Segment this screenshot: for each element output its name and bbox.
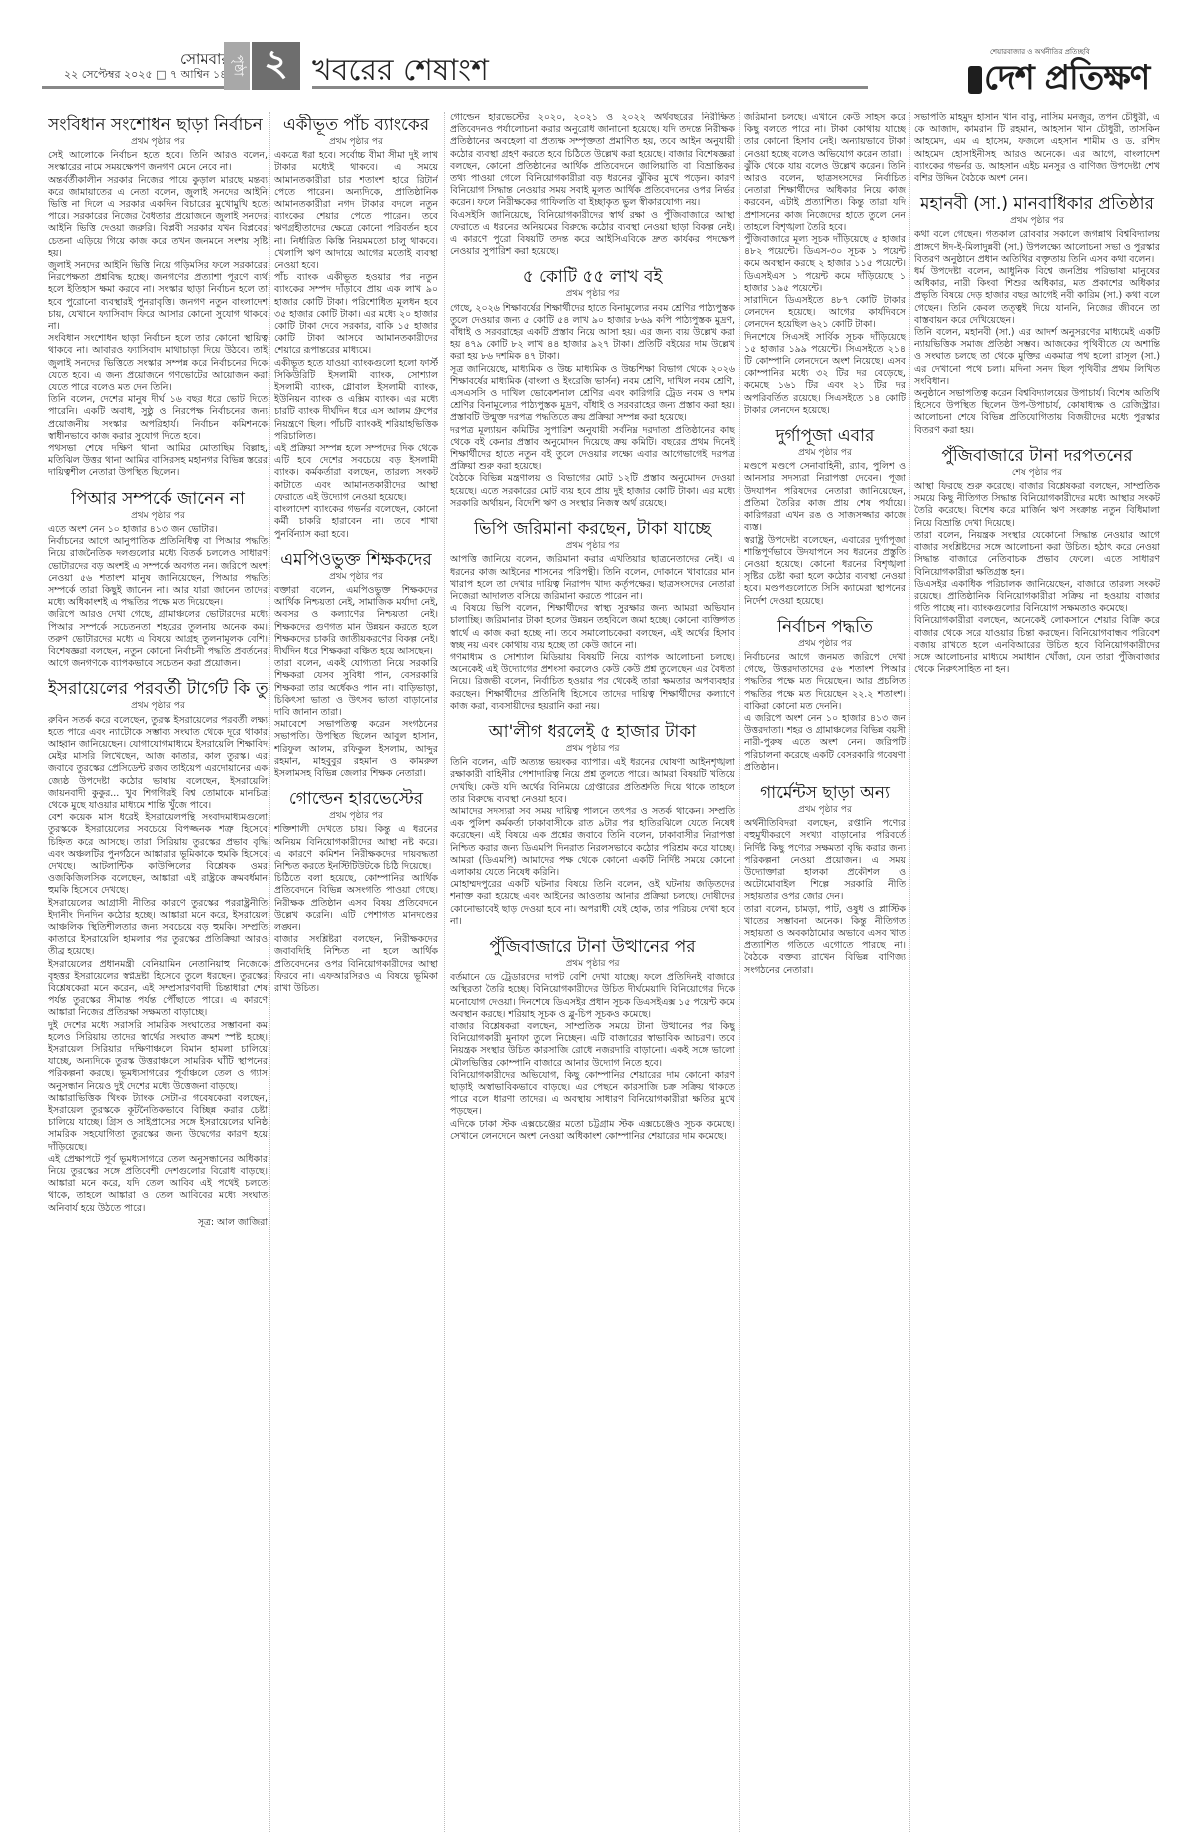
article: ভিপি জরিমানা করছেন, টাকা যাচ্ছেপ্রথম পৃষ… xyxy=(450,518,735,713)
continued-from-label: প্রথম পৃষ্ঠার পর xyxy=(744,804,906,816)
article-paragraph: সারাদিনে ডিএসইতে ৪৮৭ কোটি টাকার লেনদেন হ… xyxy=(744,295,906,332)
article-paragraph: এই প্রেক্ষাপটে পূর্ব ভূমধ্যসাগরে তেল অনু… xyxy=(48,1154,268,1215)
article-paragraph: তিনি বলেন, দেশের মানুষ দীর্ঘ ১৬ বছর ধরে … xyxy=(48,394,268,443)
article-paragraph: আপত্তি জানিয়ে বলেন, জরিমানা করার এখতিয়… xyxy=(450,554,735,603)
article-paragraph: এদিকে ঢাকা স্টক এক্সচেঞ্জের মতো চট্টগ্রা… xyxy=(450,1119,735,1143)
article-paragraph: অন্তর্বর্তীকালীন সরকার নিজের পায়ে কুড়া… xyxy=(48,175,268,260)
article: সংবিধান সংশোধন ছাড়া নির্বাচন হলেপ্রথম প… xyxy=(48,114,268,480)
article-paragraph: বেশ কয়েক মাস ধরেই ইসরায়েলপন্থি সংবাদমা… xyxy=(48,812,268,897)
article-headline[interactable]: গার্মেন্টস ছাড়া অন্য xyxy=(744,782,906,804)
article-headline[interactable]: ইসরায়েলের পরবর্তী টার্গেট কি তুরস্ক? xyxy=(48,678,268,700)
continued-from-label: শেষ পৃষ্ঠার পর xyxy=(914,467,1160,479)
continued-from-label: প্রথম পৃষ্ঠার পর xyxy=(744,447,906,459)
logo-mark-icon xyxy=(968,66,982,94)
continued-from-label: প্রথম পৃষ্ঠার পর xyxy=(274,136,438,148)
article-headline[interactable]: গোল্ডেন হারভেস্টের xyxy=(274,788,438,810)
newspaper-name: দেশ প্রতিক্ষণ xyxy=(984,58,1149,98)
article-source: সূত্র: আল জাজিরা xyxy=(48,1217,268,1229)
article: মহানবী (সা.) মানবাধিকার প্রতিষ্ঠারপ্রথম … xyxy=(914,193,1160,437)
article-paragraph: পুঁজিবাজারে মূল্য সূচক দাঁড়িয়েছে ৫ হাজ… xyxy=(744,234,906,295)
article-paragraph: বর্তমানে ডে ট্রেডারদের দাপট বেশি দেখা যা… xyxy=(450,972,735,1021)
continued-from-label: প্রথম পৃষ্ঠার পর xyxy=(274,810,438,822)
article: জরিমানা চলছে। এখানে কেউ সাহস করে কিছু বল… xyxy=(744,112,906,417)
continued-from-label: প্রথম পৃষ্ঠার পর xyxy=(744,638,906,650)
article-headline[interactable]: দুর্গাপূজা এবার xyxy=(744,425,906,447)
article-headline[interactable]: সংবিধান সংশোধন ছাড়া নির্বাচন হলে xyxy=(48,114,268,136)
article-paragraph: সংবিধান সংশোধন ছাড়া নির্বাচন হলে তার কো… xyxy=(48,333,268,394)
article-paragraph: বাজার বিশ্লেষকরা বলছেন, সাম্প্রতিক সময়ে… xyxy=(450,1021,735,1070)
article-paragraph: রুবিন সতর্ক করে বলেছেন, তুরস্ক ইসরায়েলে… xyxy=(48,715,268,813)
article-paragraph: সমাবেশে সভাপতিত্ব করেন সংগঠনের সভাপতি। উ… xyxy=(274,719,438,780)
header-rule-left xyxy=(42,86,224,89)
article-paragraph: কথা বলে গেছেন। গতকাল রোববার সকালে জগন্না… xyxy=(914,229,1160,266)
article-paragraph: এই প্রক্রিয়া সম্পন্ন হলে সম্পদের দিক থে… xyxy=(274,443,438,504)
header-rule-right xyxy=(312,86,868,89)
article-paragraph: অনুষ্ঠানে সভাপতিত্ব করেন বিশ্ববিদ্যালয়ে… xyxy=(914,388,1160,437)
article-paragraph: বিনিয়োগকারীদের অভিযোগ, কিছু কোম্পানির শ… xyxy=(450,1070,735,1119)
article-paragraph: দিনশেষে সিএসই সার্বিক সূচক দাঁড়িয়েছে ১… xyxy=(744,332,906,417)
article-paragraph: এ বিষয়ে ভিপি বলেন, শিক্ষার্থীদের স্বাস্… xyxy=(450,603,735,652)
article-paragraph: গণমাধ্যম ও সোশ্যাল মিডিয়ায় বিষয়টি নিয… xyxy=(450,652,735,713)
article-paragraph: এ জরিপে অংশ নেন ১০ হাজার ৪১৩ জন উত্তরদাত… xyxy=(744,713,906,774)
article: ৫ কোটি ৫৫ লাখ বইপ্রথম পৃষ্ঠার পরগেছে, ২০… xyxy=(450,266,735,510)
article-paragraph: তিনি বলেন, এটি অত্যন্ত ভয়ংকর ব্যাপার। এ… xyxy=(450,757,735,806)
article: পুঁজিবাজারে টানা দরপতনেরশেষ পৃষ্ঠার পরআস… xyxy=(914,445,1160,676)
article-paragraph: ধর্ম উপদেষ্টা বলেন, আধুনিক বিশ্বে জনপ্রি… xyxy=(914,266,1160,327)
article: একীভূত পাঁচ ব্যাংকেরপ্রথম পৃষ্ঠার পরএকত্… xyxy=(274,114,438,541)
continued-from-label: প্রথম পৃষ্ঠার পর xyxy=(450,540,735,552)
article-paragraph: বক্তারা বলেন, এমপিওভুক্ত শিক্ষকদের আর্থি… xyxy=(274,585,438,658)
article-paragraph: তারা বলেন, নিয়ন্ত্রক সংস্থার যেকোনো সিদ… xyxy=(914,530,1160,579)
column-divider xyxy=(444,112,445,1832)
continued-from-label: প্রথম পৃষ্ঠার পর xyxy=(274,571,438,583)
column-5: সভাপতি মাহমুদ হাসান খান বাবু, নাসিম মনজু… xyxy=(914,112,1160,1832)
article: পুঁজিবাজারে টানা উত্থানের পরপ্রথম পৃষ্ঠা… xyxy=(450,936,735,1143)
article-paragraph: নির্বাচনের আগে আনুপাতিক প্রতিনিধিত্ব বা … xyxy=(48,536,268,609)
article-headline[interactable]: এমপিওভুক্ত শিক্ষকদের xyxy=(274,549,438,571)
article: সভাপতি মাহমুদ হাসান খান বাবু, নাসিম মনজু… xyxy=(914,112,1160,185)
article-headline[interactable]: আ'লীগ ধরলেই ৫ হাজার টাকা xyxy=(450,721,735,743)
continued-from-label: প্রথম পৃষ্ঠার পর xyxy=(48,700,268,712)
article-paragraph: একীভূত হতে যাওয়া ব্যাংকগুলো হলো ফার্স্ট… xyxy=(274,358,438,443)
continued-from-label: প্রথম পৃষ্ঠার পর xyxy=(48,510,268,522)
article-paragraph: সূত্র জানিয়েছে, মাধ্যমিক ও উচ্চ মাধ্যমি… xyxy=(450,364,735,425)
article-paragraph: বিনিয়োগকারীরা বলছেন, অনেকেই লোকসানে শেয… xyxy=(914,615,1160,676)
column-divider xyxy=(739,112,740,1832)
article-paragraph: মোহাম্মদপুরের একটি ঘটনার বিষয়ে তিনি বলে… xyxy=(450,879,735,928)
article: গার্মেন্টস ছাড়া অন্যপ্রথম পৃষ্ঠার পরঅর্… xyxy=(744,782,906,977)
continued-from-label: প্রথম পৃষ্ঠার পর xyxy=(450,958,735,970)
article-paragraph: গেছে, ২০২৬ শিক্ষাবর্ষের শিক্ষার্থীদের হা… xyxy=(450,303,735,364)
article-paragraph: এতে অংশ নেন ১০ হাজার ৪১৩ জন ভোটার। xyxy=(48,524,268,536)
column-4: জরিমানা চলছে। এখানে কেউ সাহস করে কিছু বল… xyxy=(744,112,906,1832)
article-paragraph: তারা বলেন, চামড়া, পাট, ওষুধ ও প্লাস্টিক… xyxy=(744,904,906,977)
article-headline[interactable]: ভিপি জরিমানা করছেন, টাকা যাচ্ছে xyxy=(450,518,735,540)
article-paragraph: সভাপতি মাহমুদ হাসান খান বাবু, নাসিম মনজু… xyxy=(914,112,1160,185)
article-paragraph: আমাদের সদস্যরা সব সময় দায়িত্ব পালনে তৎ… xyxy=(450,806,735,879)
page-label: পৃষ্ঠা xyxy=(224,42,250,90)
article-paragraph: আস্থা ফিরছে শুরু করেছে। বাজার বিশ্লেষকরা… xyxy=(914,481,1160,530)
article-paragraph: ঝুঁকি থেকে যায় বলেও উল্লেখ করেন। তিনি আ… xyxy=(744,161,906,234)
column-3: গোল্ডেন হারভেস্টের ২০২০, ২০২১ ও ২০২২ অর্… xyxy=(450,112,735,1832)
article-paragraph: ইসরায়েলের প্রধানমন্ত্রী বেনিয়ামিন নেতা… xyxy=(48,959,268,1020)
page-header: সোমবার ২২ সেপ্টেম্বর ২০২৫ □ ৭ আশ্বিন ১৪৩… xyxy=(40,40,1160,110)
article-paragraph: অর্থনীতিবিদরা বলছেন, রপ্তানি পণ্যের বহুম… xyxy=(744,818,906,903)
issue-date: ২২ সেপ্টেম্বর ২০২৫ □ ৭ আশ্বিন ১৪৩২ xyxy=(64,66,242,85)
article-paragraph: ইসরায়েলের আগ্রাসী নীতির কারণে তুরস্কের … xyxy=(48,898,268,959)
article-paragraph: বাংলাদেশ ব্যাংকের গভর্নর বলেছেন, কোনো কর… xyxy=(274,504,438,541)
article-paragraph: তারা বলেন, একই যোগ্যতা নিয়ে সরকারি শিক্… xyxy=(274,658,438,719)
page-number: ২ xyxy=(252,42,300,90)
article: আ'লীগ ধরলেই ৫ হাজার টাকাপ্রথম পৃষ্ঠার পর… xyxy=(450,721,735,928)
article-paragraph: চিঠিতে বলা হয়েছে, কোম্পানির আর্থিক প্রত… xyxy=(274,873,438,934)
article-paragraph: আঙ্কারাভিত্তিক থিংক ট্যাংক সেটা-র গবেষকে… xyxy=(48,1093,268,1154)
continued-from-label: প্রথম পৃষ্ঠার পর xyxy=(48,136,268,148)
article-headline[interactable]: ৫ কোটি ৫৫ লাখ বই xyxy=(450,266,735,288)
article-paragraph: জুলাই সনদের আইনি ভিত্তি নিয়ে গড়িমসির ফ… xyxy=(48,260,268,333)
article-paragraph: নির্বাচনের আগে জনমত জরিপে দেখা গেছে, উত্… xyxy=(744,652,906,713)
article: এমপিওভুক্ত শিক্ষকদেরপ্রথম পৃষ্ঠার পরবক্ত… xyxy=(274,549,438,780)
article-paragraph: স্বরাষ্ট্র উপদেষ্টা বলেছেন, এবারের দুর্গ… xyxy=(744,535,906,608)
article-paragraph: গোল্ডেন হারভেস্টের ২০২০, ২০২১ ও ২০২২ অর্… xyxy=(450,112,735,210)
article: নির্বাচন পদ্ধতিপ্রথম পৃষ্ঠার পরনির্বাচনে… xyxy=(744,616,906,774)
newspaper-page: সোমবার ২২ সেপ্টেম্বর ২০২৫ □ ৭ আশ্বিন ১৪৩… xyxy=(40,0,1160,1843)
article-paragraph: ডিএসইর একাধিক পরিচালক জানিয়েছেন, বাজারে… xyxy=(914,579,1160,616)
continued-from-label: প্রথম পৃষ্ঠার পর xyxy=(914,215,1160,227)
article-paragraph: মণ্ডপে মণ্ডপে সেনাবাহিনী, র‍্যাব, পুলিশ … xyxy=(744,461,906,534)
column-2: একীভূত পাঁচ ব্যাংকেরপ্রথম পৃষ্ঠার পরএকত্… xyxy=(274,112,438,1832)
continued-from-label: প্রথম পৃষ্ঠার পর xyxy=(450,743,735,755)
article-headline[interactable]: পুঁজিবাজারে টানা দরপতনের xyxy=(914,445,1160,467)
article-paragraph: পথসভা শেষে দক্ষিণ থানা আমির মোতাছিম বিল্… xyxy=(48,443,268,480)
article-paragraph: জরিমানা চলছে। এখানে কেউ সাহস করে কিছু বল… xyxy=(744,112,906,161)
article-paragraph: একত্রে ধরা হবে। সর্বোচ্চ বীমা সীমা দুই ল… xyxy=(274,150,438,272)
article-paragraph: শক্তিশালী দেখতে চায়। কিন্তু এ ধরনের অনি… xyxy=(274,824,438,873)
column-divider xyxy=(269,112,270,1832)
article-paragraph: জরিপে আরও দেখা গেছে, গ্রামাঞ্চলের ভোটারদ… xyxy=(48,609,268,670)
column-1: সংবিধান সংশোধন ছাড়া নির্বাচন হলেপ্রথম প… xyxy=(48,112,268,1832)
article-headline[interactable]: মহানবী (সা.) মানবাধিকার প্রতিষ্ঠার xyxy=(914,193,1160,215)
article: ইসরায়েলের পরবর্তী টার্গেট কি তুরস্ক?প্র… xyxy=(48,678,268,1229)
article: গোল্ডেন হারভেস্টের ২০২০, ২০২১ ও ২০২২ অর্… xyxy=(450,112,735,258)
article-paragraph: দরপত্র মূল্যায়ন কমিটির সুপারিশ অনুযায়ী… xyxy=(450,425,735,474)
article-paragraph: বিএসইসি জানিয়েছে, বিনিয়োগকারীদের স্বার… xyxy=(450,210,735,259)
article-paragraph: দুই দেশের মধ্যে সরাসরি সামরিক সংঘাতের সম… xyxy=(48,1020,268,1093)
article-paragraph: সেই আলোকে নির্বাচন হতে হবে। তিনি আরও বলে… xyxy=(48,150,268,174)
article-headline[interactable]: নির্বাচন পদ্ধতি xyxy=(744,616,906,638)
section-title: খবরের শেষাংশ xyxy=(312,46,489,97)
article: দুর্গাপূজা এবারপ্রথম পৃষ্ঠার পরমণ্ডপে মণ… xyxy=(744,425,906,608)
article-headline[interactable]: একীভূত পাঁচ ব্যাংকের xyxy=(274,114,438,136)
column-divider xyxy=(909,112,910,1832)
continued-from-label: প্রথম পৃষ্ঠার পর xyxy=(450,288,735,300)
article-headline[interactable]: পুঁজিবাজারে টানা উত্থানের পর xyxy=(450,936,735,958)
article-paragraph: বাজার সংশ্লিষ্টরা বলছেন, নিরীক্ষকদের জবা… xyxy=(274,934,438,995)
article-headline[interactable]: পিআর সম্পর্কে জানেন না xyxy=(48,488,268,510)
article-paragraph: পাঁচ ব্যাংক একীভূত হওয়ার পর নতুন ব্যাংক… xyxy=(274,272,438,357)
article: পিআর সম্পর্কে জানেন নাপ্রথম পৃষ্ঠার পরএত… xyxy=(48,488,268,671)
newspaper-logo: দেশ প্রতিক্ষণ xyxy=(968,52,1149,109)
article-paragraph: বৈঠকে বিভিন্ন মন্ত্রণালয় ও বিভাগের মোট … xyxy=(450,473,735,510)
article: গোল্ডেন হারভেস্টেরপ্রথম পৃষ্ঠার পরশক্তিশ… xyxy=(274,788,438,995)
article-paragraph: তিনি বলেন, মহানবী (সা.) এর আদর্শ অনুসরণে… xyxy=(914,327,1160,388)
